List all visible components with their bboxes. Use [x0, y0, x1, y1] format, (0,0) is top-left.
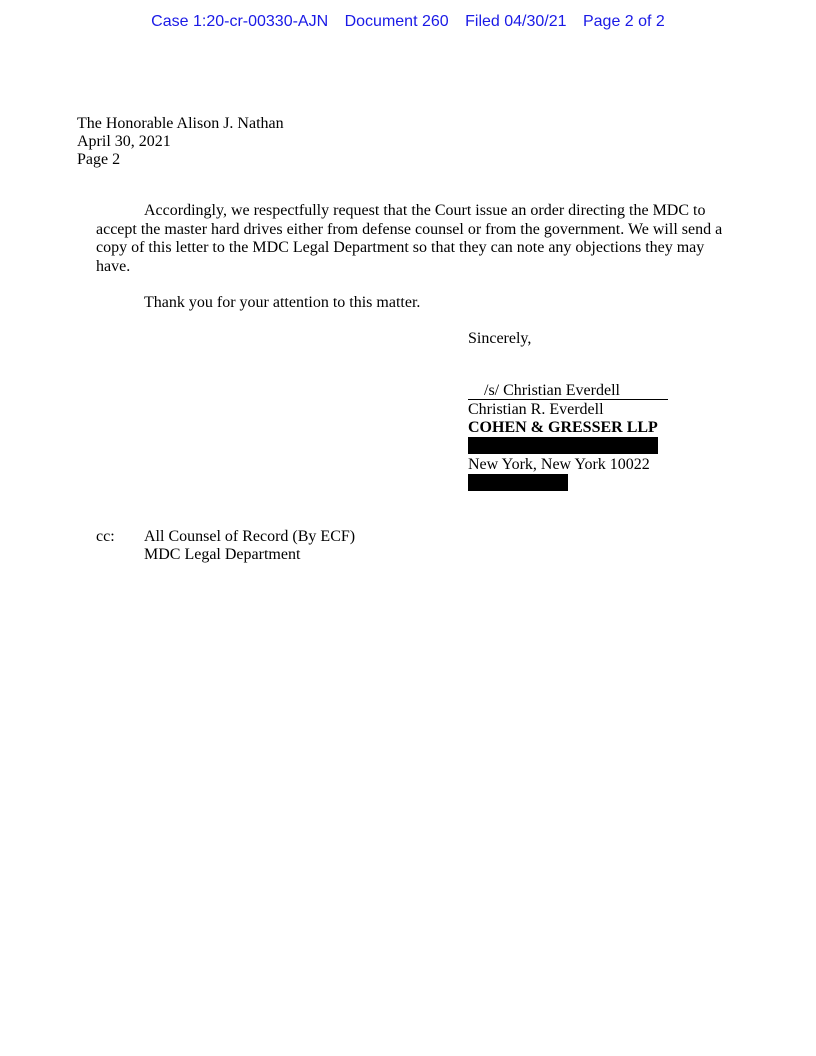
- cc-recipient: All Counsel of Record (By ECF): [144, 528, 355, 546]
- redacted-address: [468, 437, 658, 454]
- firm-name: COHEN & GRESSER LLP: [468, 419, 658, 437]
- redacted-phone: [468, 474, 568, 491]
- letter-date: April 30, 2021: [77, 133, 171, 151]
- case-number: Case 1:20-cr-00330-AJN: [151, 13, 328, 30]
- document-number: Document 260: [345, 13, 449, 30]
- body-paragraph-2: Thank you for your attention to this mat…: [144, 294, 420, 312]
- page-count: Page 2 of 2: [583, 13, 665, 30]
- filed-date: Filed 04/30/21: [465, 13, 566, 30]
- addressee-name: The Honorable Alison J. Nathan: [77, 115, 284, 133]
- case-header: Case 1:20-cr-00330-AJN Document 260 File…: [0, 13, 816, 31]
- body-paragraph-1: Accordingly, we respectfully request tha…: [96, 202, 736, 276]
- cc-label: cc:: [96, 528, 115, 546]
- cc-recipient: MDC Legal Department: [144, 546, 300, 564]
- city-state-zip: New York, New York 10022: [468, 456, 650, 474]
- page-label: Page 2: [77, 151, 120, 169]
- closing: Sincerely,: [468, 330, 531, 348]
- electronic-signature: /s/ Christian Everdell: [468, 382, 668, 400]
- signature-line: /s/ Christian Everdell: [468, 382, 668, 400]
- signer-name: Christian R. Everdell: [468, 401, 604, 419]
